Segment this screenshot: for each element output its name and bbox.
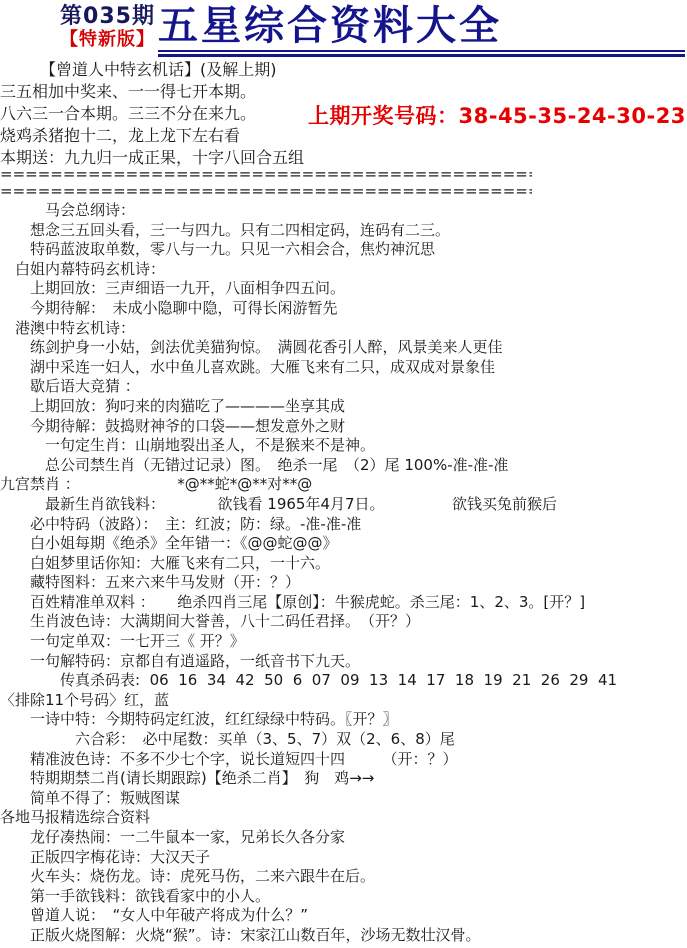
text-line: 练剑护身一小姑，剑法优美猫狗惊。 满圆花香引人醉，风景美来人更佳 <box>0 338 687 358</box>
text-line: 一诗中特：今期特码定红波，红红绿绿中特码。〖开？〗 <box>0 710 687 730</box>
text-line: 龙仔凑热闹：一二牛鼠本一家，兄弟长久各分家 <box>0 828 687 848</box>
text-line: 第一手欲钱料：欲钱看家中的小人。 <box>0 887 687 907</box>
text-line: 今期待解： 未成小隐聊中隐，可得长闲游暂先 <box>0 299 687 319</box>
text-line: 传真杀码表: 06 16 34 42 50 6 07 09 13 14 17 1… <box>0 671 687 691</box>
issue-number: 第035期 <box>60 5 155 29</box>
text-line: 一句解特码：京都自有逍遥路，一纸音书下九天。 <box>0 652 687 672</box>
text-line: 白姐内幕特码玄机诗： <box>0 260 687 280</box>
title-underline <box>158 54 685 57</box>
text-line: 生肖波色诗：大满期间大誉善，八十二码任君择。 （开？） <box>0 612 687 632</box>
text-line: 一句定生肖：山崩地裂出圣人，不是猴来不是神。 <box>0 436 687 456</box>
text-line: 九宫禁肖 ： *@**蛇*@**对**@ <box>0 475 687 495</box>
body-text-block: 马会总纲诗： 想念三五回头看，三一与四九。只有二四相定码，连码有二三。 特码蓝波… <box>0 201 687 946</box>
text-line: 想念三五回头看，三一与四九。只有二四相定码，连码有二三。 <box>0 221 687 241</box>
text-line: 特码蓝波取单数，零八与一九。只见一六相会合，焦灼神沉思 <box>0 240 687 260</box>
text-line: 特期期禁二肖(请长期跟踪)【绝杀二肖】 狗 鸡→→ <box>0 769 687 789</box>
separator: ========================================… <box>0 166 532 200</box>
text-line: 百姓精准单双料 ： 绝杀四肖三尾【原创】：牛猴虎蛇。杀三尾：1、2、3。[开？] <box>0 593 687 613</box>
document-page: 第035期 【特新版】 五星综合资料大全 【曾道人中特玄机话】(及解上期) 三五… <box>0 0 687 948</box>
page-title: 五星综合资料大全 <box>158 3 685 52</box>
text-line: 白姐梦里话你知：大雁飞来有二只，一十六。 <box>0 554 687 574</box>
text-line: 曾道人说： “女人中年破产将成为什么？” <box>0 906 687 926</box>
text-line: 最新生肖欲钱料： 欲钱看 1965年4月7日。 欲钱买兔前猴后 <box>0 495 687 515</box>
text-line: 正版四字梅花诗：大汉天子 <box>0 848 687 868</box>
text-line: 湖中采连一妇人，水中鱼儿喜欢跳。大雁飞来有二只，成双成对景象佳 <box>0 358 687 378</box>
text-line: 各地马报精选综合资料 <box>0 808 687 828</box>
text-line: 马会总纲诗： <box>0 201 687 221</box>
text-line: 今期待解：鼓捣财神爷的口袋——想发意外之财 <box>0 417 687 437</box>
separator-line: ========================================… <box>0 166 532 183</box>
text-line: 必中特码（波路）： 主：红波；防：绿。-准-准-准 <box>0 515 687 535</box>
text-line: 简单不得了：叛贼图谋 <box>0 789 687 809</box>
text-line: 一句定单双：一七开三《 开？》 <box>0 632 687 652</box>
intro-heading: 【曾道人中特玄机话】(及解上期) <box>0 59 687 81</box>
text-line: 上期回放：三声细语一九开，八面相争四五问。 <box>0 279 687 299</box>
text-line: 港澳中特玄机诗： <box>0 319 687 339</box>
edition-tag: 【特新版】 <box>60 29 155 51</box>
text-line: 精准波色诗：不多不少七个字，说长道短四十四 （开：？） <box>0 750 687 770</box>
text-line: 六合彩： 必中尾数：买单（3、5、7）双（2、6、8）尾 <box>0 730 687 750</box>
text-line: 藏特图料：五来六来牛马发财（开：？） <box>0 573 687 593</box>
title-block: 五星综合资料大全 <box>158 3 685 57</box>
text-line: 上期回放：狗叼来的肉猫吃了————坐享其成 <box>0 397 687 417</box>
issue-block: 第035期 【特新版】 <box>60 5 155 51</box>
text-line: 白小姐每期《绝杀》全年错一：《@@蛇@@》 <box>0 534 687 554</box>
separator-line: ========================================… <box>0 183 532 200</box>
last-draw-numbers: 上期开奖号码：38-45-35-24-30-23+19 <box>308 100 687 130</box>
text-line: 〈排除11个号码〉红，蓝 <box>0 691 687 711</box>
text-line: 总公司禁生肖（无错过记录）图。 绝杀一尾 （2）尾 100%-准-准-准 <box>0 456 687 476</box>
text-line: 火车头：烧伤龙。诗：虎死马伤，二来六跟牛在后。 <box>0 867 687 887</box>
text-line: 歇后语大竞猜 ： <box>0 377 687 397</box>
text-line: 正版火烧图解：火烧“猴”。诗：宋家江山数百年，沙场无数壮汉骨。 <box>0 926 687 946</box>
